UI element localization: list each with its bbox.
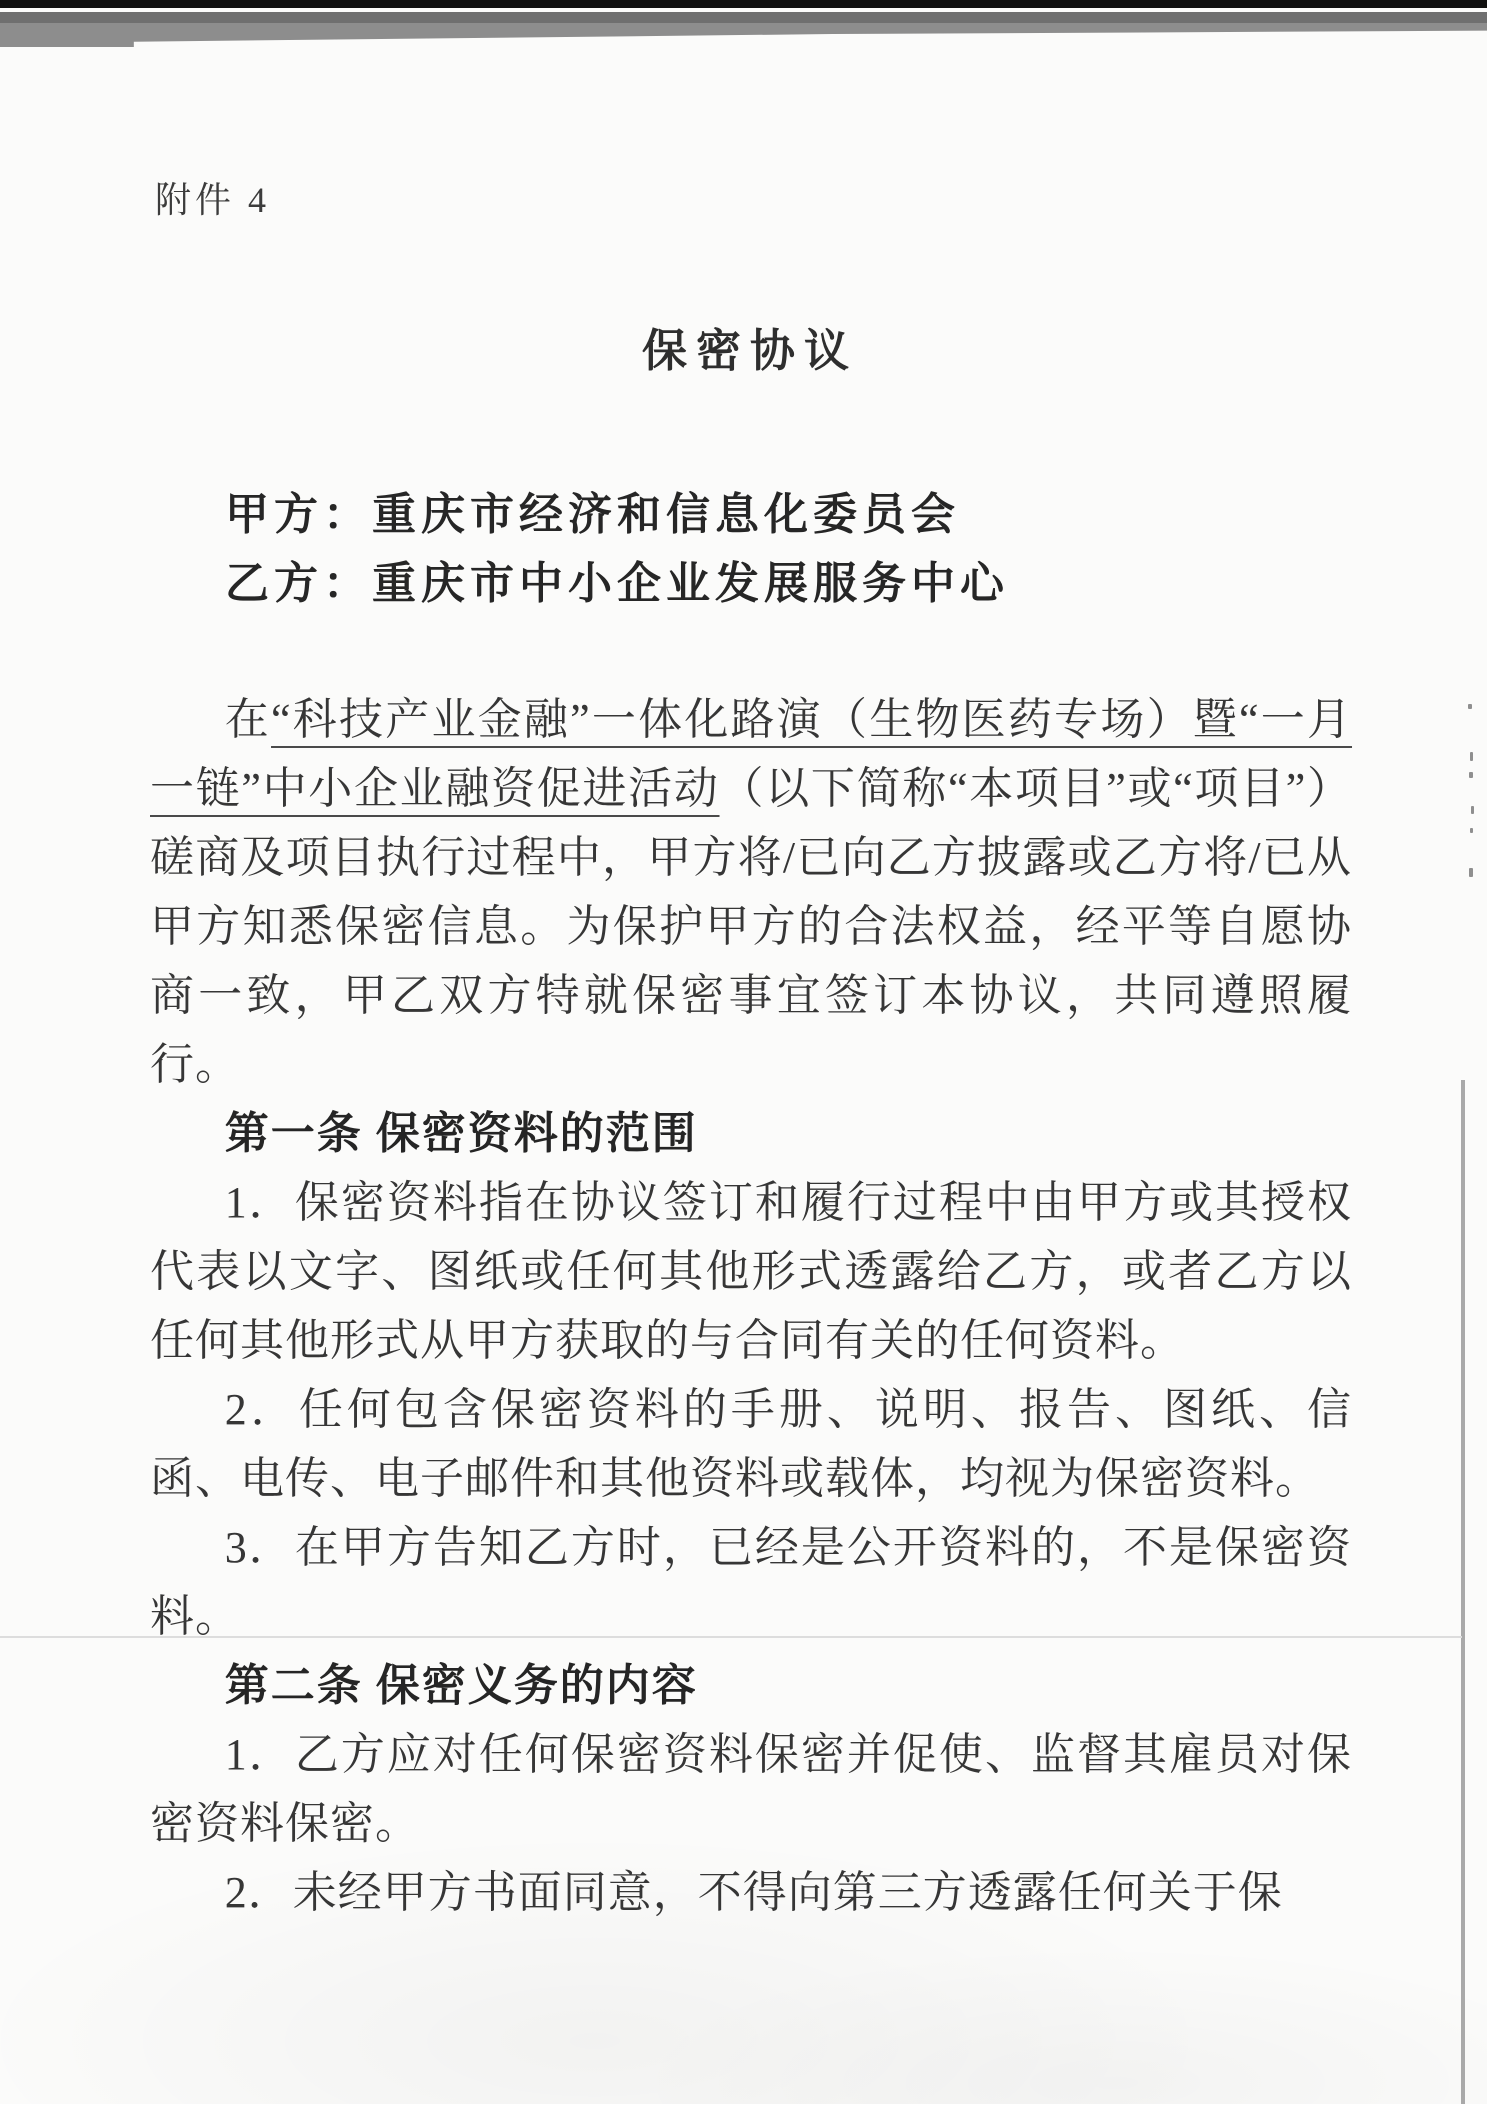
parties-block: 甲方：重庆市经济和信息化委员会 乙方：重庆市中小企业发展服务中心 bbox=[225, 480, 1009, 618]
party-a-line: 甲方：重庆市经济和信息化委员会 bbox=[225, 480, 1009, 549]
party-b-line: 乙方：重庆市中小企业发展服务中心 bbox=[225, 549, 1009, 618]
section-1-item-2: 2．任何包含保密资料的手册、说明、报告、图纸、信函、电传、电子邮件和其他资料或载… bbox=[150, 1375, 1352, 1513]
scan-top-shadow-wedge bbox=[0, 23, 1487, 47]
intro-prefix: 在 bbox=[225, 695, 271, 744]
intro-paragraph: 在“科技产业金融”一体化路演（生物医药专场）暨“一月一链”中小企业融资促进活动（… bbox=[150, 685, 1352, 1099]
scan-speck bbox=[1468, 704, 1472, 709]
scan-right-edge-line bbox=[1461, 1080, 1465, 2104]
scan-speck bbox=[1470, 828, 1473, 833]
scan-speck bbox=[1469, 868, 1473, 877]
document-title: 保密协议 bbox=[150, 314, 1350, 379]
scan-speck bbox=[1471, 806, 1474, 814]
section-1-item-3: 3．在甲方告知乙方时，已经是公开资料的，不是保密资料。 bbox=[150, 1513, 1352, 1651]
section-1-heading: 第一条 保密资料的范围 bbox=[150, 1099, 1352, 1168]
scan-top-black-edge bbox=[0, 0, 1487, 8]
scan-speck bbox=[1470, 752, 1473, 761]
document-body: 在“科技产业金融”一体化路演（生物医药专场）暨“一月一链”中小企业融资促进活动（… bbox=[150, 685, 1352, 1927]
section-2-item-1: 1．乙方应对任何保密资料保密并促使、监督其雇员对保密资料保密。 bbox=[150, 1720, 1352, 1858]
scan-top-gray-bar bbox=[0, 12, 1487, 24]
section-2-heading: 第二条 保密义务的内容 bbox=[150, 1651, 1352, 1720]
scan-speck bbox=[1469, 772, 1473, 778]
scanned-document-page: 附件 4 保密协议 甲方：重庆市经济和信息化委员会 乙方：重庆市中小企业发展服务… bbox=[0, 0, 1487, 2104]
section-1-item-1: 1．保密资料指在协议签订和履行过程中由甲方或其授权代表以文字、图纸或任何其他形式… bbox=[150, 1168, 1352, 1375]
section-2-item-2: 2．未经甲方书面同意，不得向第三方透露任何关于保 bbox=[150, 1858, 1352, 1927]
attachment-label: 附件 4 bbox=[155, 172, 270, 223]
